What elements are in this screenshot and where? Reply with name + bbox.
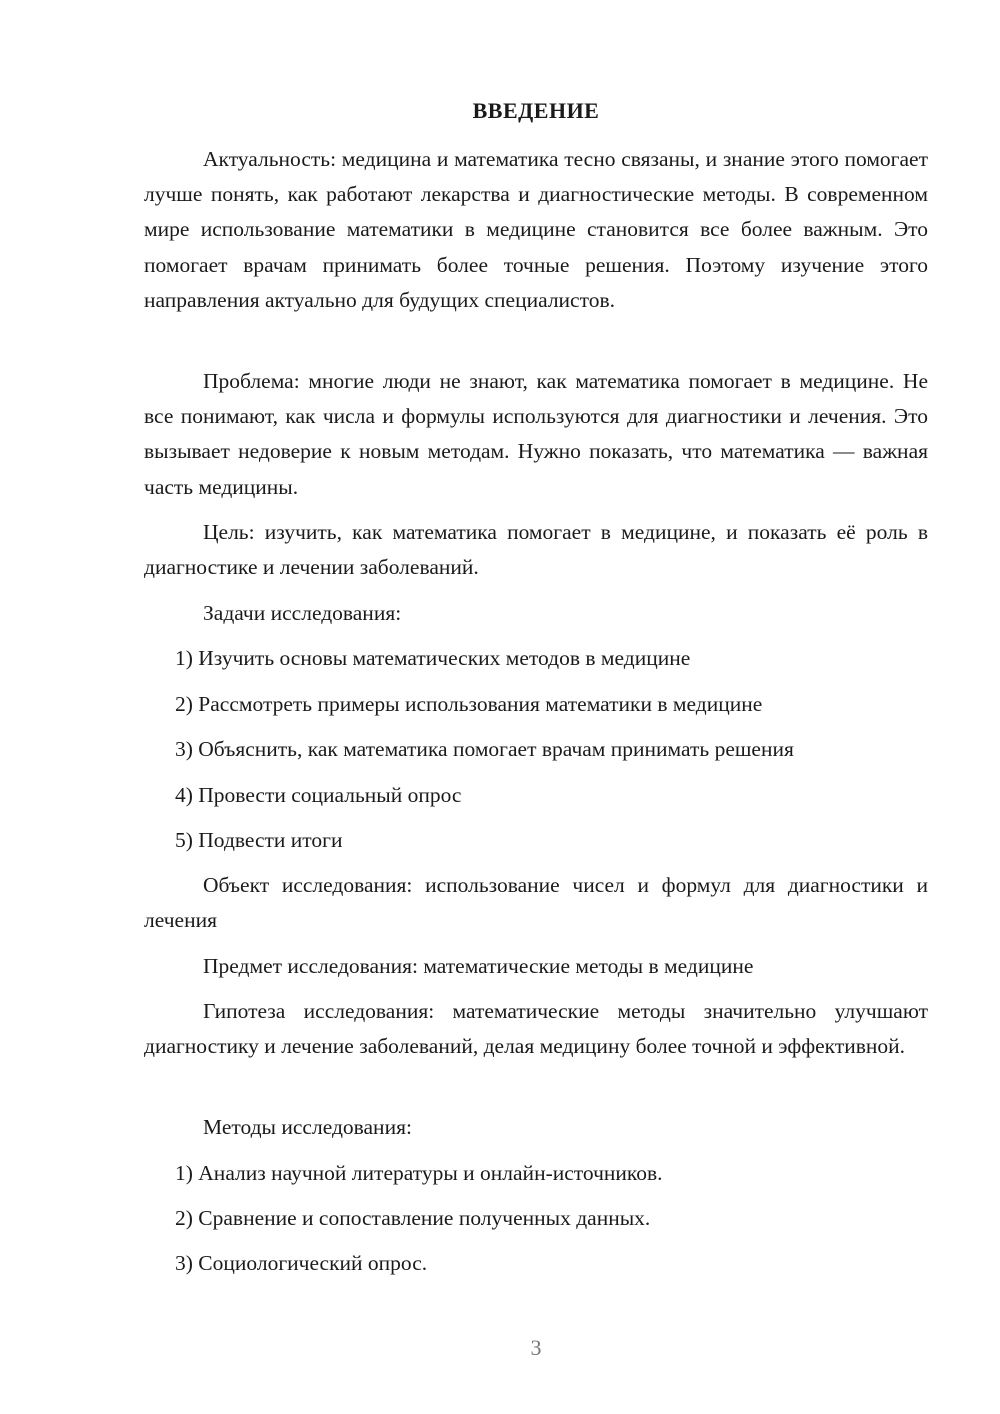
- method-item: 1) Анализ научной литературы и онлайн-ис…: [175, 1158, 663, 1188]
- page-number: 3: [144, 1333, 928, 1363]
- goal-text: Цель: изучить, как математика помогает в…: [144, 520, 928, 579]
- object-text: Объект исследования: использование чисел…: [144, 873, 928, 932]
- task-item: 1) Изучить основы математических методов…: [175, 643, 690, 673]
- goal-paragraph: Цель: изучить, как математика помогает в…: [144, 515, 928, 585]
- problem-text: Проблема: многие люди не знают, как мате…: [144, 369, 928, 499]
- relevance-paragraph: Актуальность: медицина и математика тесн…: [144, 142, 928, 318]
- task-item: 5) Подвести итоги: [175, 825, 343, 855]
- task-item: 4) Провести социальный опрос: [175, 780, 461, 810]
- page-title: ВВЕДЕНИЕ: [144, 96, 928, 126]
- relevance-text: Актуальность: медицина и математика тесн…: [144, 147, 928, 312]
- task-item: 3) Объяснить, как математика помогает вр…: [175, 734, 794, 764]
- method-item: 3) Социологический опрос.: [175, 1248, 427, 1278]
- problem-paragraph: Проблема: многие люди не знают, как мате…: [144, 364, 928, 505]
- task-item: 2) Рассмотреть примеры использования мат…: [175, 689, 762, 719]
- tasks-label: Задачи исследования:: [203, 598, 401, 628]
- object-paragraph: Объект исследования: использование чисел…: [144, 868, 928, 938]
- subject-text: Предмет исследования: математические мет…: [203, 951, 753, 981]
- hypothesis-text: Гипотеза исследования: математические ме…: [144, 999, 928, 1058]
- method-item: 2) Сравнение и сопоставление полученных …: [175, 1203, 650, 1233]
- hypothesis-paragraph: Гипотеза исследования: математические ме…: [144, 994, 928, 1064]
- methods-label: Методы исследования:: [203, 1112, 412, 1142]
